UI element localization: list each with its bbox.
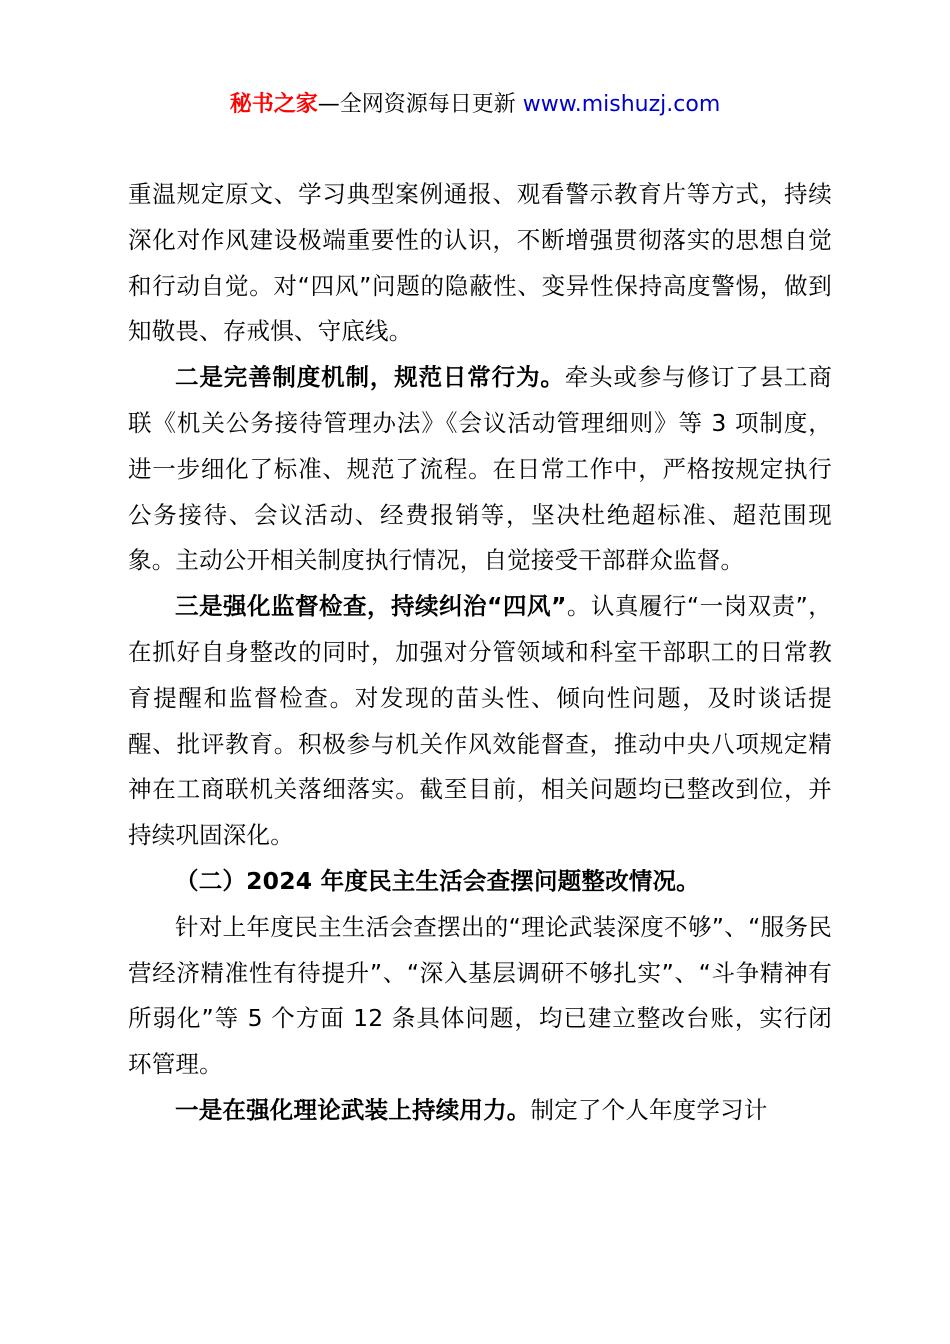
header-tagline: —全网资源每日更新 bbox=[318, 92, 523, 117]
site-watermark-header: 秘书之家—全网资源每日更新 www.mishuzj.com bbox=[0, 88, 950, 122]
point-three-lead: 三是强化监督检查，持续纠治“四风” bbox=[175, 592, 567, 620]
brand-name: 秘书之家 bbox=[230, 92, 318, 117]
point-one-text: 制定了个人年度学习计 bbox=[531, 1096, 768, 1124]
point-one-lead: 一是在强化理论武装上持续用力。 bbox=[175, 1096, 531, 1124]
paragraph-summary: 针对上年度民主生活会查摆出的“理论武装深度不够”、“服务民营经济精准性有待提升”… bbox=[128, 905, 832, 1088]
document-body: 重温规定原文、学习典型案例通报、观看警示教育片等方式，持续深化对作风建设极端重要… bbox=[128, 172, 832, 1134]
paragraph-point-one: 一是在强化理论武装上持续用力。制定了个人年度学习计 bbox=[128, 1088, 832, 1134]
site-url: www.mishuzj.com bbox=[523, 92, 720, 117]
paragraph-continuation: 重温规定原文、学习典型案例通报、观看警示教育片等方式，持续深化对作风建设极端重要… bbox=[128, 172, 832, 355]
point-two-lead: 二是完善制度机制，规范日常行为。 bbox=[175, 363, 565, 391]
point-three-text: 。认真履行“一岗双责”，在抓好自身整改的同时，加强对分管领域和科室干部职工的日常… bbox=[128, 592, 832, 849]
section-heading: （二）2024 年度民主生活会查摆问题整改情况。 bbox=[128, 859, 832, 905]
point-two-text: 牵头或参与修订了县工商联《机关公务接待管理办法》《会议活动管理细则》等 3 项制… bbox=[128, 363, 832, 574]
paragraph-point-three: 三是强化监督检查，持续纠治“四风”。认真履行“一岗双责”，在抓好自身整改的同时，… bbox=[128, 584, 832, 859]
paragraph-point-two: 二是完善制度机制，规范日常行为。牵头或参与修订了县工商联《机关公务接待管理办法》… bbox=[128, 355, 832, 584]
